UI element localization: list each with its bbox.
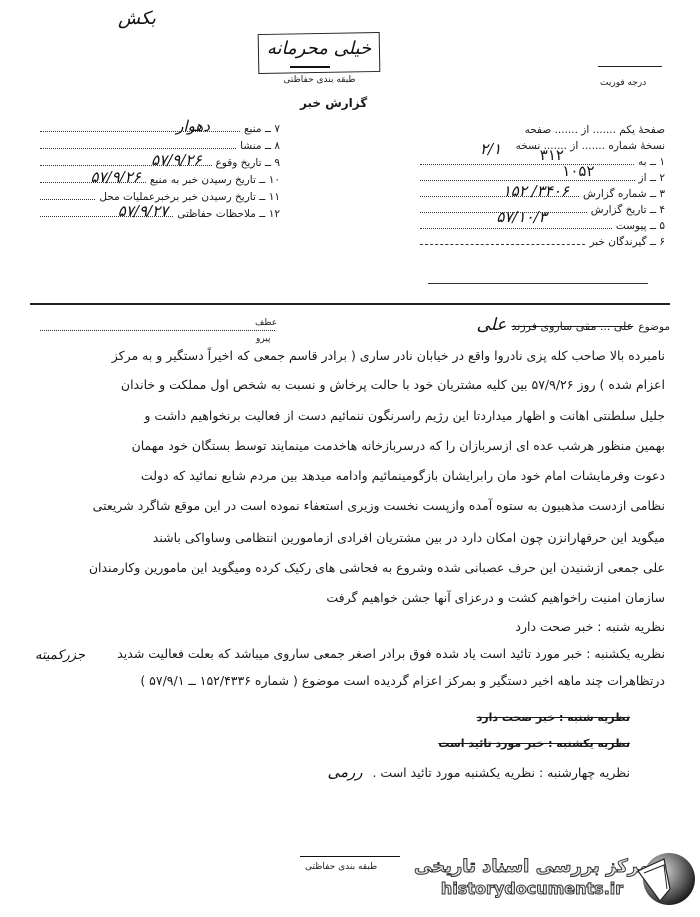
field-value: ۵۷/۹/۲۷ — [118, 202, 168, 220]
subject-struck-text: علی ... مقی ساروی فرزند — [511, 320, 633, 333]
field-label: ۱۰ ــ تاریخ رسیدن خبر به منبع — [146, 174, 280, 186]
field-label: ۶ ــ گیرندگان خبر — [585, 236, 665, 248]
classification-stamp: خیلی محرمانه — [262, 38, 376, 59]
subject-label: موضوع — [638, 321, 670, 333]
field-source-receipt-date: ۱۰ ــ تاریخ رسیدن خبر به منبع ۵۷/۹/۲۶ — [40, 169, 280, 186]
field-label: ۷ ــ منبع — [240, 123, 280, 135]
archive-logo-icon — [636, 849, 696, 909]
field-value: ۳۱۲ — [540, 146, 564, 164]
assessment-sunday-cont: درتظاهرات چند ماهه اخیر دستگیر و بمرکز ا… — [140, 675, 665, 688]
field-label: صفحهٔ یکم ....... از ....... صفحه — [521, 124, 665, 136]
subject-handwritten: علی — [476, 315, 506, 335]
body-line: نظامی ازدست مذهبیون به ستوه آمده وازپست … — [93, 500, 665, 513]
field-source: ۷ ــ منبع دهوار — [40, 118, 280, 135]
body-line: میگوید این حرفهارانزن چون امکان دارد در … — [153, 532, 665, 545]
field-label: ۳ ــ شماره گزارش — [579, 188, 665, 200]
assessment-sunday: نظریه یکشنبه : خبر مورد تائید است یاد شد… — [117, 648, 665, 661]
field-value: دهوار — [176, 117, 210, 135]
field-to: ۱ ــ به ۳۱۲ — [420, 152, 665, 168]
assessment-struck-2: نظریه یکشنبه : خبر مورد تائید است — [438, 738, 630, 749]
field-label: ۱۲ ــ ملاحظات حفاظتی — [173, 208, 280, 220]
field-value: ۱۰۵۲ — [562, 162, 594, 180]
field-value: ۵۷/۱۰/۳ — [496, 208, 546, 226]
field-label: ۴ ــ تاریخ گزارش — [587, 204, 665, 216]
form-fields-right: صفحهٔ یکم ....... از ....... صفحه نسخهٔ … — [420, 120, 665, 248]
field-label: ۹ ــ تاریخ وقوع — [212, 157, 280, 169]
stamp-underline — [290, 66, 330, 68]
watermark: مرکز بررسی اسناد تاریخی historydocuments… — [414, 856, 650, 898]
field-value: ۲/۱ — [480, 140, 501, 158]
field-report-number: ۳ ــ شماره گزارش ۳۴۰۶/ ۱۵۲ — [420, 184, 665, 200]
field-value: ۵۷/۹/۲۶ — [90, 168, 140, 186]
field-ops-receipt-date: ۱۱ ــ تاریخ رسیدن خبر برخبرعملیات محل — [40, 186, 280, 203]
field-label: ۸ ــ منشا — [236, 140, 280, 152]
priority-label: درجه فوریت — [600, 78, 646, 88]
priority-line — [598, 66, 662, 67]
watermark-url: historydocuments.ir — [414, 879, 650, 898]
classification-label-top: طبقه بندی حفاظتی — [262, 75, 377, 85]
assessment-saturday: نظریه شنبه : خبر صحت دارد — [515, 621, 665, 634]
body-line: بهمین منظور هرشب عده ای ازسربازان را که … — [132, 440, 665, 453]
body-line: علی جمعی ازشنیدن این حرف عصبانی شده وشرو… — [89, 562, 665, 575]
field-label: ۲ ــ از — [635, 172, 665, 184]
field-origin: ۸ ــ منشا — [40, 135, 280, 152]
footer-classification-label: طبقه بندی حفاظتی — [305, 862, 377, 872]
field-label: ۵ ــ پیوست — [612, 220, 665, 232]
body-line: نامبرده بالا صاحب کله پزی نادروا واقع در… — [112, 350, 665, 363]
field-occurrence-date: ۹ ــ تاریخ وقوع ۵۷/۹/۲۶ — [40, 152, 280, 169]
field-value: ۳۴۰۶/ ۱۵۲ — [503, 182, 569, 200]
header-divider — [30, 303, 670, 305]
watermark-persian: مرکز بررسی اسناد تاریخی — [414, 856, 650, 877]
field-value: ۵۷/۹/۲۶ — [151, 151, 201, 169]
footer-classification-line — [300, 856, 400, 857]
assessment-struck-1: نظریه شنبه : خبر صحت دارد — [477, 712, 630, 723]
assessment-wednesday-text: نظریه چهارشنبه : نظریه یکشنبه مورد تائید… — [372, 765, 630, 780]
recipients-extra-line — [428, 283, 648, 284]
body-line: دعوت وفرمایشات امام خود مان رابرایشان با… — [141, 470, 665, 483]
assessment-wednesday: نظریه چهارشنبه : نظریه یکشنبه مورد تائید… — [327, 765, 630, 780]
body-line: اعزام شده ) روز ۵۷/۹/۲۶ بین کلیه مشتریان… — [121, 379, 665, 392]
reference-line — [40, 330, 275, 331]
reference-label-peyro: پیرو — [256, 334, 271, 344]
corner-handwritten-mark: ﺑﮑﺶ — [118, 8, 156, 29]
form-fields-left: ۷ ــ منبع دهوار ۸ ــ منشا ۹ ــ تاریخ وقو… — [40, 118, 280, 220]
margin-handwritten-note: جزرکمیته — [35, 648, 85, 663]
field-security-notes: ۱۲ ــ ملاحظات حفاظتی ۵۷/۹/۲۷ — [40, 203, 280, 220]
field-report-date: ۴ ــ تاریخ گزارش ۵۷/۱۰/۳ — [420, 200, 665, 216]
body-line: جلیل سلطنتی اهانت و اظهار میداردتا این ر… — [144, 410, 665, 423]
reference-label-atf: عطف — [255, 318, 277, 328]
body-line: سازمان امنیت راخواهیم کشت و درعزای آنها … — [326, 592, 665, 605]
field-label: نسخهٔ شماره ....... از ....... نسخه — [512, 140, 665, 152]
signature: ررمی — [327, 763, 362, 781]
field-page-count: صفحهٔ یکم ....... از ....... صفحه — [420, 120, 665, 136]
field-label: ۱ ــ به — [634, 156, 665, 168]
subject-row: موضوع علی ... مقی ساروی فرزند علی — [476, 315, 670, 335]
report-title: گزارش خبر — [300, 96, 367, 110]
field-recipients: ۶ ــ گیرندگان خبر — [420, 232, 665, 248]
